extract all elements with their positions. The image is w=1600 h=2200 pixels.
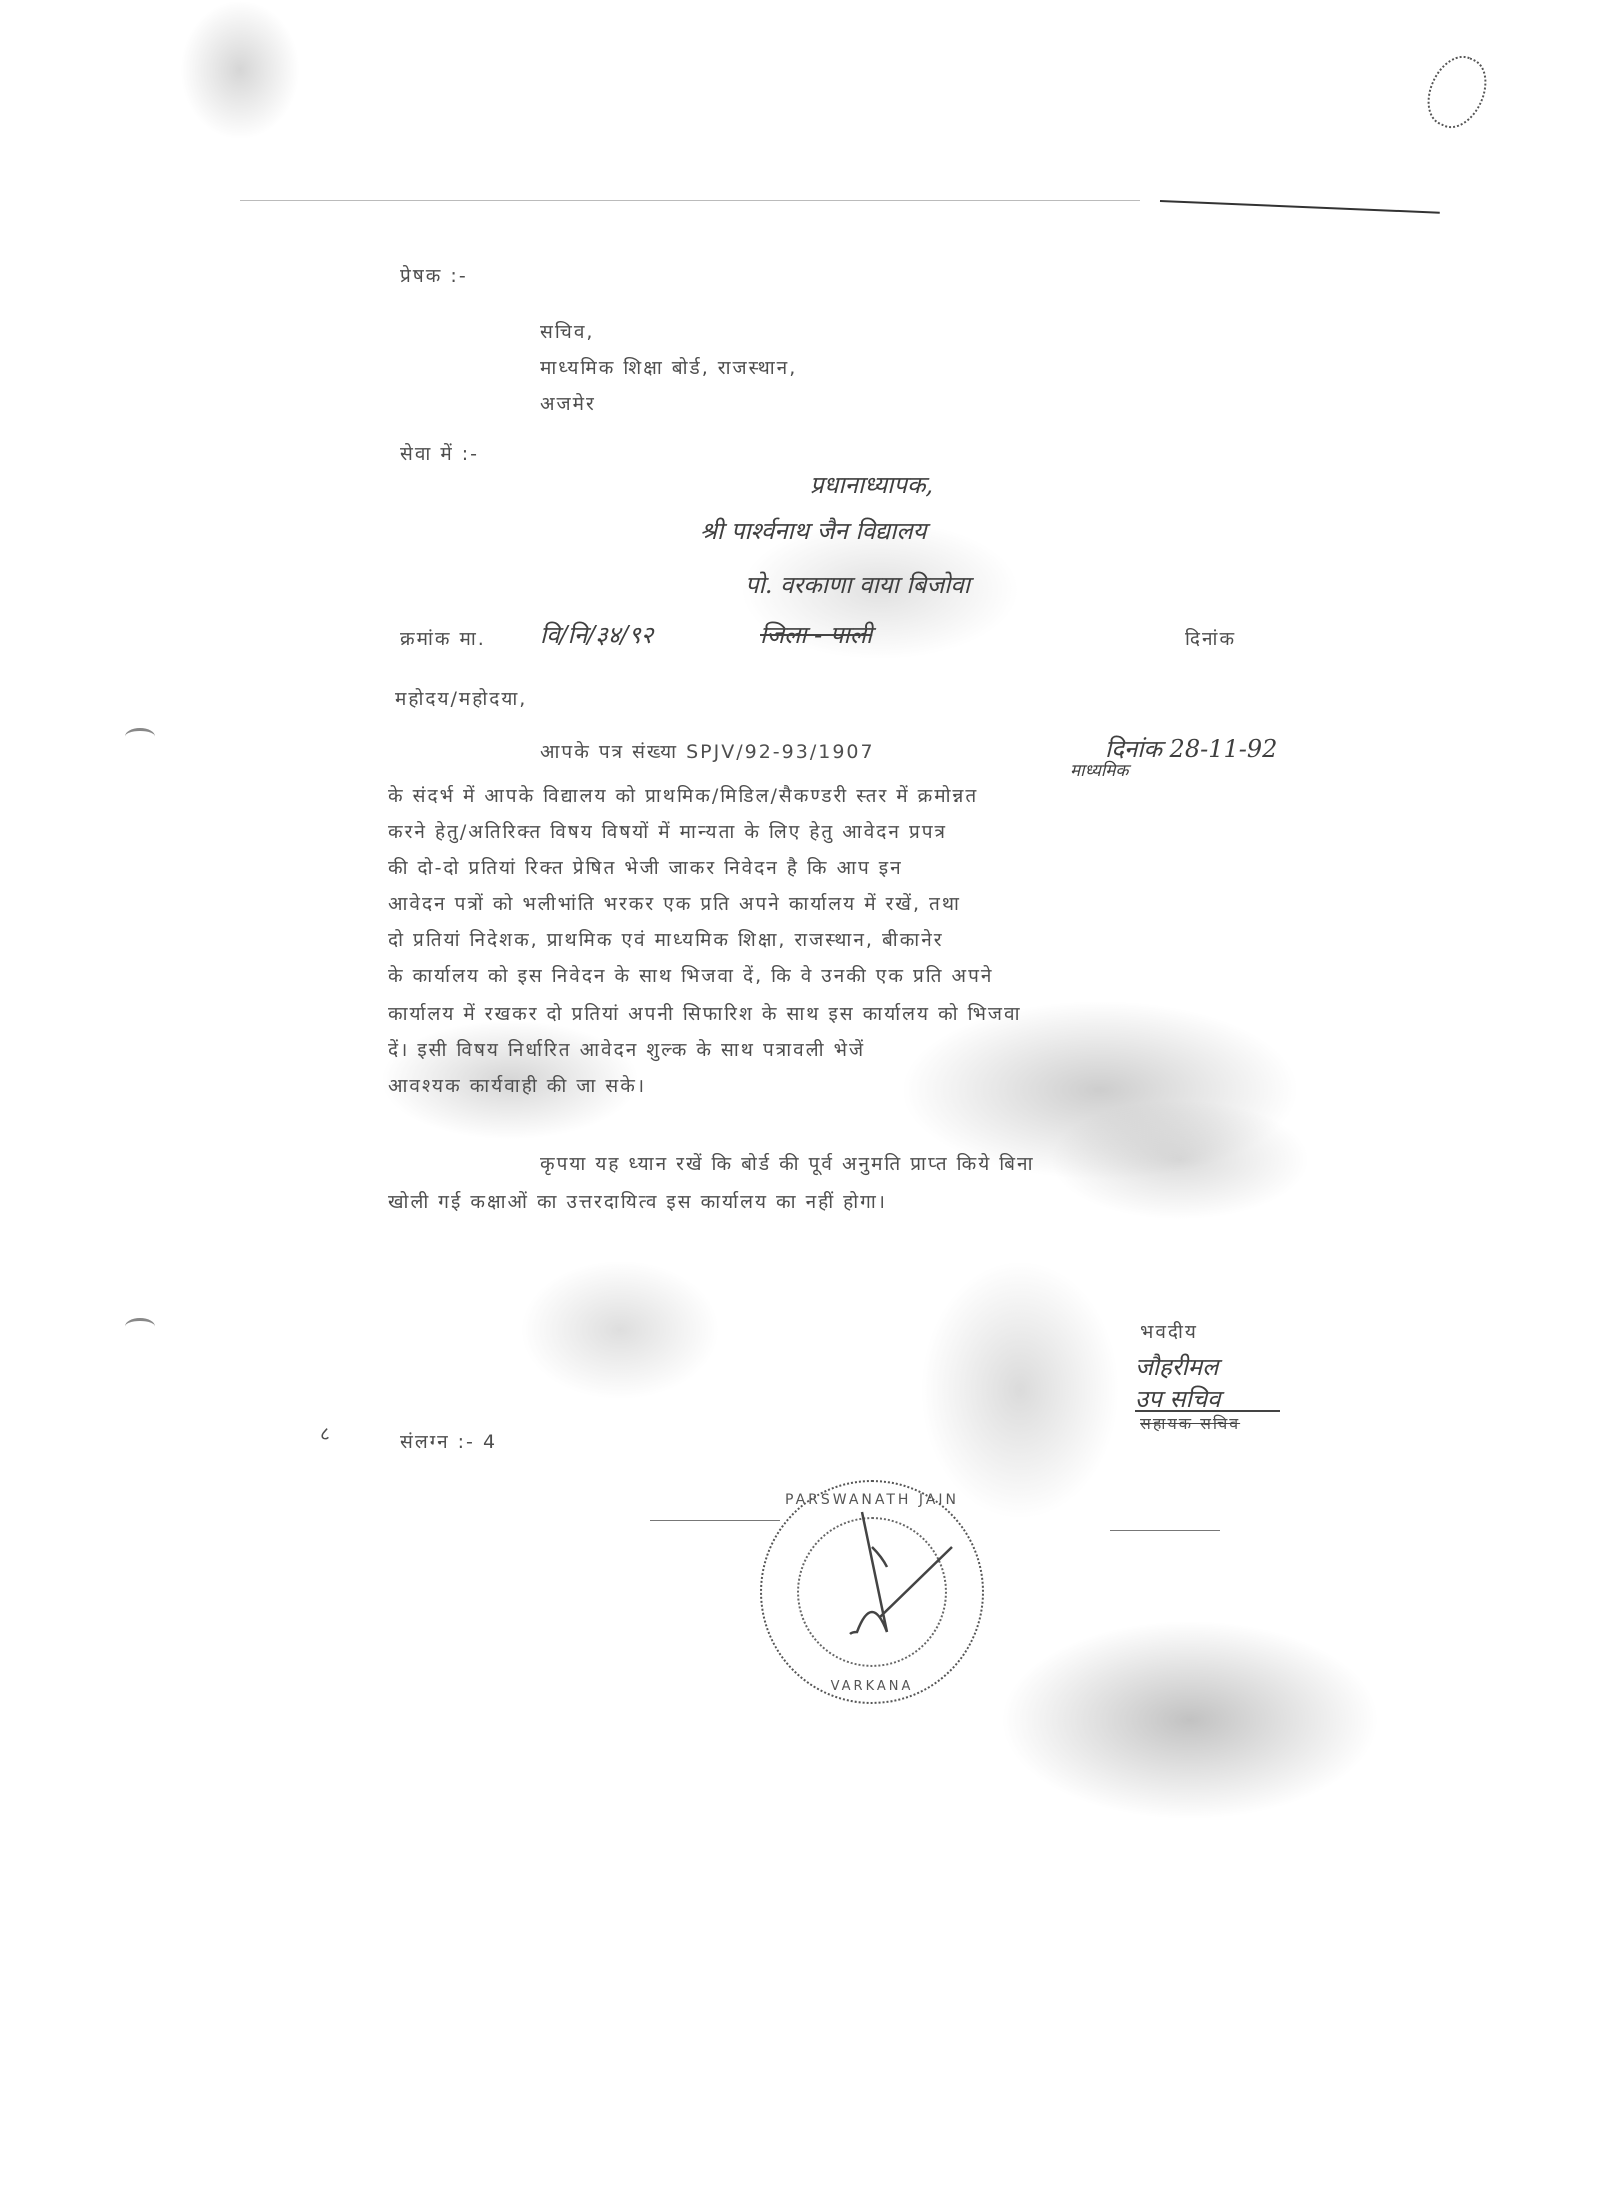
reference-label: क्रमांक मा. (400, 625, 486, 651)
letter-reference: आपके पत्र संख्या SPJV/92-93/1907 (540, 738, 875, 764)
body-line: दो प्रतियां निदेशक, प्राथमिक एवं माध्यमि… (388, 926, 944, 952)
sender-city: अजमेर (540, 390, 596, 416)
margin-mark: ८ (320, 1420, 332, 1446)
signature: जौहरीमल (1135, 1350, 1218, 1383)
stamp-rule-right (1110, 1530, 1220, 1531)
date-label-right: दिनांक (1185, 625, 1236, 651)
note-line: कृपया यह ध्यान रखें कि बोर्ड की पूर्व अन… (540, 1150, 1035, 1176)
punch-hole-icon (125, 728, 155, 745)
toner-smudge (1050, 1100, 1310, 1220)
enclosure: संलग्न :- 4 (400, 1428, 497, 1454)
from-label: प्रेषक :- (400, 262, 468, 288)
recipient-school: श्री पार्श्वनाथ जैन विद्यालय (700, 514, 927, 547)
body-line: की दो-दो प्रतियां रिक्त प्रेषित भेजी जाक… (388, 854, 903, 880)
salutation: महोदय/महोदया, (395, 685, 527, 711)
school-seal-stamp: PARSWANATH JAIN VARKANA (760, 1480, 984, 1704)
letter-date: दिनांक 28-11-92 (1105, 732, 1277, 765)
body-line: आवेदन पत्रों को भलीभांति भरकर एक प्रति अ… (388, 890, 961, 916)
toner-smudge (1000, 1620, 1380, 1820)
header-rule (1160, 200, 1440, 214)
toner-smudge (520, 1260, 720, 1400)
recipient-district: जिला - पाली (760, 618, 872, 651)
to-label: सेवा में :- (400, 440, 479, 466)
page-number-circle (1417, 47, 1497, 137)
toner-smudge (180, 0, 300, 140)
stamp-rule-left (650, 1520, 780, 1521)
recipient-post: पो. वरकाणा वाया बिजोवा (745, 568, 970, 601)
note-line: खोली गई कक्षाओं का उत्तरदायित्व इस कार्य… (388, 1188, 887, 1214)
reference-number: वि/नि/३४/९२ (540, 618, 653, 651)
header-rule-faint (240, 200, 1140, 201)
body-line: के कार्यालय को इस निवेदन के साथ भिजवा दे… (388, 962, 993, 988)
stamp-signature-scrawl-icon (762, 1482, 982, 1702)
inserted-word: माध्यमिक (1070, 758, 1128, 781)
sender-designation: सचिव, (540, 318, 594, 344)
body-line: आवश्यक कार्यवाही की जा सके। (388, 1072, 646, 1098)
recipient-designation: प्रधानाध्यापक, (810, 468, 933, 501)
punch-hole-icon (125, 1318, 155, 1335)
body-line: के संदर्भ में आपके विद्यालय को प्राथमिक/… (388, 782, 978, 808)
sign-off: भवदीय (1140, 1318, 1198, 1344)
toner-smudge (920, 1260, 1120, 1520)
body-line: दें। इसी विषय निर्धारित आवेदन शुल्क के स… (388, 1036, 865, 1062)
sender-organization: माध्यमिक शिक्षा बोर्ड, राजस्थान, (540, 354, 797, 380)
designation-typed: सहायक सचिव (1140, 1412, 1240, 1434)
scanned-letter-page: प्रेषक :- सचिव, माध्यमिक शिक्षा बोर्ड, र… (0, 0, 1600, 2200)
body-line: करने हेतु/अतिरिक्त विषय विषयों में मान्य… (388, 818, 947, 844)
body-line: कार्यालय में रखकर दो प्रतियां अपनी सिफार… (388, 1000, 1022, 1026)
